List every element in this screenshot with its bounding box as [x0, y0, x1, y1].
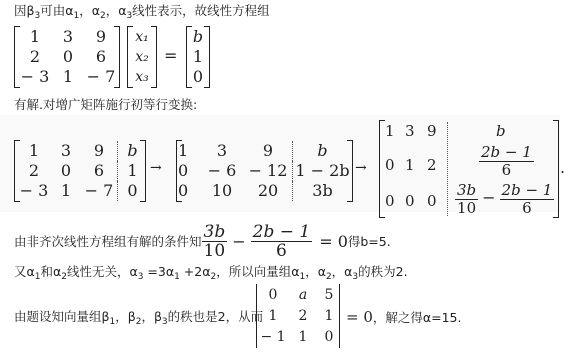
- cell: 10: [200, 181, 244, 201]
- determinant: 0 a 5 1 2 1 − 1 1 0: [256, 284, 340, 348]
- right-bracket: [151, 26, 157, 88]
- text: =3α: [143, 264, 174, 279]
- text: ，α: [79, 3, 100, 18]
- text: 可由α: [40, 3, 73, 18]
- cell: 3: [51, 141, 81, 161]
- cell: 0: [51, 161, 81, 181]
- cell: 9: [244, 141, 292, 161]
- cell: 1 − 2b: [292, 161, 352, 181]
- minus: −: [482, 188, 495, 207]
- fraction: 2b − 1 6: [251, 223, 313, 260]
- cell: 1: [51, 181, 81, 201]
- left-bracket: [186, 26, 192, 88]
- determinant-line: 由题设知向量组β1，β2，β3的秩也是2，从而: [14, 309, 263, 330]
- cell: − 1: [258, 327, 288, 348]
- equals-sign: =: [164, 46, 177, 65]
- cell: 3: [52, 27, 84, 47]
- fraction: 2b − 1 6: [479, 144, 534, 179]
- cell: 6: [81, 161, 117, 181]
- text: 线性表示，故线性方程组: [132, 3, 270, 18]
- cell: 9: [427, 122, 437, 140]
- text: 因β: [14, 3, 34, 18]
- cell: − 3: [17, 181, 51, 201]
- denominator: 6: [502, 162, 512, 179]
- period: .: [560, 158, 565, 177]
- denominator: 6: [522, 200, 532, 217]
- right-bar: [339, 284, 340, 348]
- arrow-icon: →: [150, 160, 162, 176]
- variable-vector: x₁ x₂ x₃: [127, 26, 157, 88]
- cell: b: [292, 141, 352, 161]
- augmented-matrix-1: 1 3 9 b 2 0 6 1 − 3 1 − 7 0: [14, 140, 146, 202]
- text: +2α: [180, 264, 211, 279]
- cell: b: [496, 122, 506, 140]
- text: 由非齐次线性方程组有解的条件知: [14, 234, 202, 250]
- left-bracket: [176, 140, 182, 202]
- text: ，α: [305, 264, 326, 279]
- rank-line: 又α1和α2线性无关，α3 =3α1 +2α2，所以向量组α1，α2，α3的秩为…: [14, 264, 408, 285]
- right-bracket: [553, 120, 559, 218]
- text: 的秩也是2，从而: [168, 309, 263, 324]
- numerator: 2b − 1: [500, 182, 555, 200]
- text: 和α: [40, 264, 61, 279]
- cell: 0: [318, 327, 340, 348]
- augment-divider: [447, 122, 448, 216]
- intro-line: 因β3可由α1，α2，α3线性表示，故线性方程组: [14, 3, 270, 24]
- cell: 1: [318, 306, 340, 327]
- cell: 9: [84, 27, 118, 47]
- text: 得b=5.: [348, 234, 391, 250]
- text: ，β: [141, 309, 161, 324]
- cell: 3: [405, 122, 415, 140]
- text: 又α: [14, 264, 35, 279]
- left-bar: [256, 284, 257, 348]
- fraction: 3b 10: [202, 223, 228, 260]
- fraction: 3b 10: [455, 182, 478, 217]
- cell: 9: [81, 141, 117, 161]
- text: 的秩为2.: [358, 264, 407, 279]
- cell: 2: [427, 156, 437, 174]
- cell: a: [288, 285, 318, 306]
- cell: 5: [318, 285, 340, 306]
- cell: 3: [200, 141, 244, 161]
- right-bracket: [204, 26, 210, 88]
- cell: − 12: [244, 161, 292, 181]
- left-bracket: [14, 26, 20, 88]
- numerator: 2b − 1: [251, 223, 313, 242]
- cell: − 7: [84, 67, 118, 87]
- cell: 0: [427, 192, 437, 210]
- cell: 2: [17, 161, 51, 181]
- cell: 0: [52, 47, 84, 67]
- cell: 1: [52, 67, 84, 87]
- left-bracket: [14, 140, 20, 202]
- cell: 2: [18, 47, 52, 67]
- numerator: 3b: [202, 223, 228, 242]
- denominator: 10: [457, 200, 476, 217]
- denominator: 10: [204, 242, 226, 260]
- text: ，α: [332, 264, 353, 279]
- cell: − 7: [81, 181, 117, 201]
- arrow-icon: →: [355, 160, 367, 176]
- cell: 3b: [292, 181, 352, 201]
- cell: 1: [405, 156, 415, 174]
- determinant-result: = 0，解之得α=15.: [346, 309, 461, 326]
- cell: 1: [288, 327, 318, 348]
- text: ，β: [115, 309, 135, 324]
- numerator: 3b: [455, 182, 478, 200]
- fraction-expression: 3b 10 − 2b − 1 6: [455, 182, 554, 217]
- cell: 0: [258, 285, 288, 306]
- condition-line: 由非齐次线性方程组有解的条件知 3b 10 − 2b − 1 6 = 0 得b=…: [14, 223, 391, 260]
- cell: 2: [288, 306, 318, 327]
- text: ，α: [106, 3, 127, 18]
- cell: 1: [17, 141, 51, 161]
- augmented-matrix-2: 1 3 9 b 0 − 6 − 12 1 − 2b 0 10 20 3b: [176, 140, 353, 202]
- cell: − 6: [200, 161, 244, 181]
- cell: 0: [405, 192, 415, 210]
- numerator: 2b − 1: [479, 144, 534, 162]
- text: ，解之得α=15.: [373, 310, 462, 325]
- cell: 6: [84, 47, 118, 67]
- fraction: 2b − 1 6: [500, 182, 555, 217]
- right-bracket: [347, 140, 353, 202]
- minus: −: [232, 234, 245, 250]
- augmented-matrix-3: 1 3 9 0 1 2 0 0 0 b 2b − 1 6 3b 10 − 2b …: [379, 120, 559, 218]
- text: ，所以向量组α: [216, 264, 299, 279]
- cell: 1: [18, 27, 52, 47]
- coefficient-matrix: 1 3 9 2 0 6 − 3 1 − 7: [14, 26, 120, 88]
- equation: = 0: [319, 234, 348, 250]
- left-bracket: [127, 26, 133, 88]
- text: 由题设知向量组β: [14, 309, 109, 324]
- denominator: 6: [276, 242, 287, 260]
- cell: 0: [385, 192, 395, 210]
- right-bracket: [114, 26, 120, 88]
- right-bracket: [140, 140, 146, 202]
- cell: 1: [385, 122, 395, 140]
- cell: 0: [385, 156, 395, 174]
- text: 线性无关，α: [67, 264, 138, 279]
- rhs-vector: b 1 0: [186, 26, 210, 88]
- row-reduction-intro: 有解.对增广矩阵施行初等行变换:: [14, 97, 197, 113]
- cell: 20: [244, 181, 292, 201]
- equation: = 0: [346, 308, 373, 326]
- cell: 1: [258, 306, 288, 327]
- cell: − 3: [18, 67, 52, 87]
